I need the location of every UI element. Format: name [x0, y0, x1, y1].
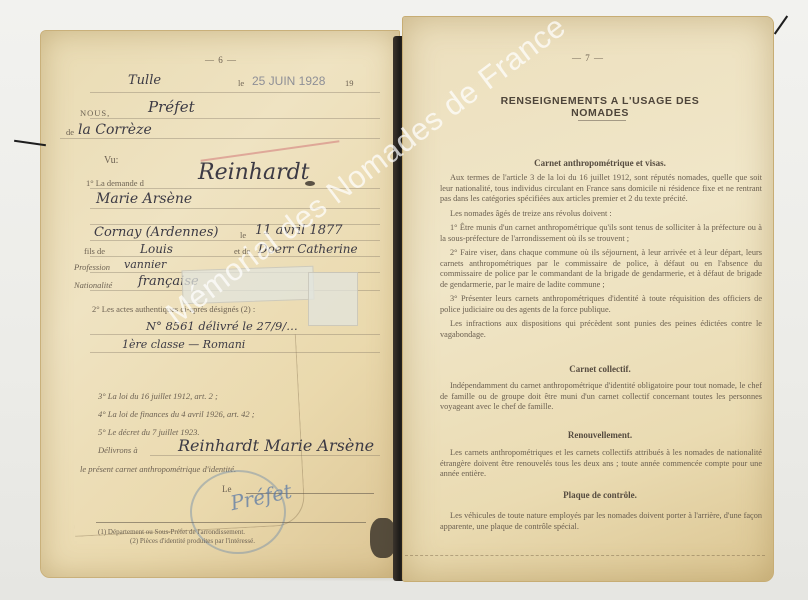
section-heading-carnet-anthropometrique: Carnet anthropométrique et visas. — [440, 158, 760, 168]
date-stamp: 25 JUIN 1928 — [252, 74, 325, 88]
year-suffix: 19 — [345, 78, 354, 88]
nationality-label: Nationalité — [74, 280, 112, 290]
paragraph: Indépendamment du carnet anthropométriqu… — [440, 381, 762, 413]
rule — [90, 92, 380, 93]
vu-label: Vu: — [104, 155, 118, 166]
rule — [90, 334, 380, 335]
section-body-carnet-anthropometrique: Aux termes de l'article 3 de la loi du 1… — [440, 173, 762, 344]
section-heading-plaque-de-controle: Plaque de contrôle. — [440, 490, 760, 500]
rule — [90, 240, 380, 241]
section-body-carnet-collectif: Indépendamment du carnet anthropométriqu… — [440, 381, 762, 417]
place-value: Tulle — [128, 73, 161, 88]
surname: Reinhardt — [198, 160, 310, 185]
demande-label: 1° La demande d — [86, 178, 144, 188]
right-page-number: — 7 — — [572, 53, 604, 63]
nous-value: Préfet — [148, 98, 195, 116]
father-value: Louis — [140, 242, 173, 256]
page-fray — [405, 555, 765, 576]
footer-line-2: (2) Pièces d'identité produites par l'in… — [130, 537, 255, 545]
de-label: de — [66, 127, 74, 137]
paragraph: Les véhicules de toute nature employés p… — [440, 511, 762, 532]
section-body-plaque-de-controle: Les véhicules de toute nature employés p… — [440, 511, 762, 536]
left-page-number: — 6 — — [205, 55, 237, 65]
paragraph: Aux termes de l'article 3 de la loi du 1… — [440, 173, 762, 205]
section-body-renouvellement: Les carnets anthropométriques et les car… — [440, 448, 762, 484]
rule — [150, 455, 380, 456]
section-heading-carnet-collectif: Carnet collectif. — [440, 364, 760, 374]
paragraph: 3° Présenter leurs carnets anthropométri… — [440, 294, 762, 315]
given-names: Marie Arsène — [96, 191, 192, 207]
ink-blot — [305, 181, 315, 186]
profession-label: Profession — [74, 262, 110, 272]
paragraph: 2° Faire viser, dans chaque commune où i… — [440, 248, 762, 290]
title-divider — [578, 120, 626, 121]
carnet-line: le présent carnet anthropométrique d'ide… — [80, 464, 236, 474]
father-label: fils de — [84, 246, 105, 256]
paragraph: Les carnets anthropométriques et les car… — [440, 448, 762, 480]
delivrons-label: Délivrons à — [98, 445, 138, 455]
acte-line-1: N° 8561 délivré le 27/9/… — [146, 319, 298, 333]
paragraph: Les nomades âgés de treize ans révolus d… — [440, 209, 762, 220]
nous-label: NOUS, — [80, 108, 110, 118]
birthplace: Cornay (Ardennes) — [94, 225, 218, 240]
delivrons-value: Reinhardt Marie Arsène — [178, 436, 374, 455]
rule — [96, 522, 366, 523]
section-heading-renouvellement: Renouvellement. — [440, 430, 760, 440]
rule — [60, 138, 380, 139]
law-4: 4° La loi de finances du 4 avril 1926, a… — [98, 409, 255, 419]
date-label: le — [238, 78, 244, 88]
repair-tape — [308, 272, 358, 326]
footer-line-1: (1) Département ou Sous-Préfet de l'arro… — [98, 528, 245, 536]
page-title: RENSEIGNEMENTS A L'USAGE DES NOMADES — [470, 95, 730, 119]
de-value: la Corrèze — [78, 122, 152, 138]
rule — [90, 118, 380, 119]
paragraph: 1° Être munis d'un carnet anthropométriq… — [440, 223, 762, 244]
profession-value: vannier — [124, 258, 166, 271]
law-3: 3° La loi du 16 juillet 1912, art. 2 ; — [98, 391, 218, 401]
paragraph: Les infractions aux dispositions qui pré… — [440, 319, 762, 340]
